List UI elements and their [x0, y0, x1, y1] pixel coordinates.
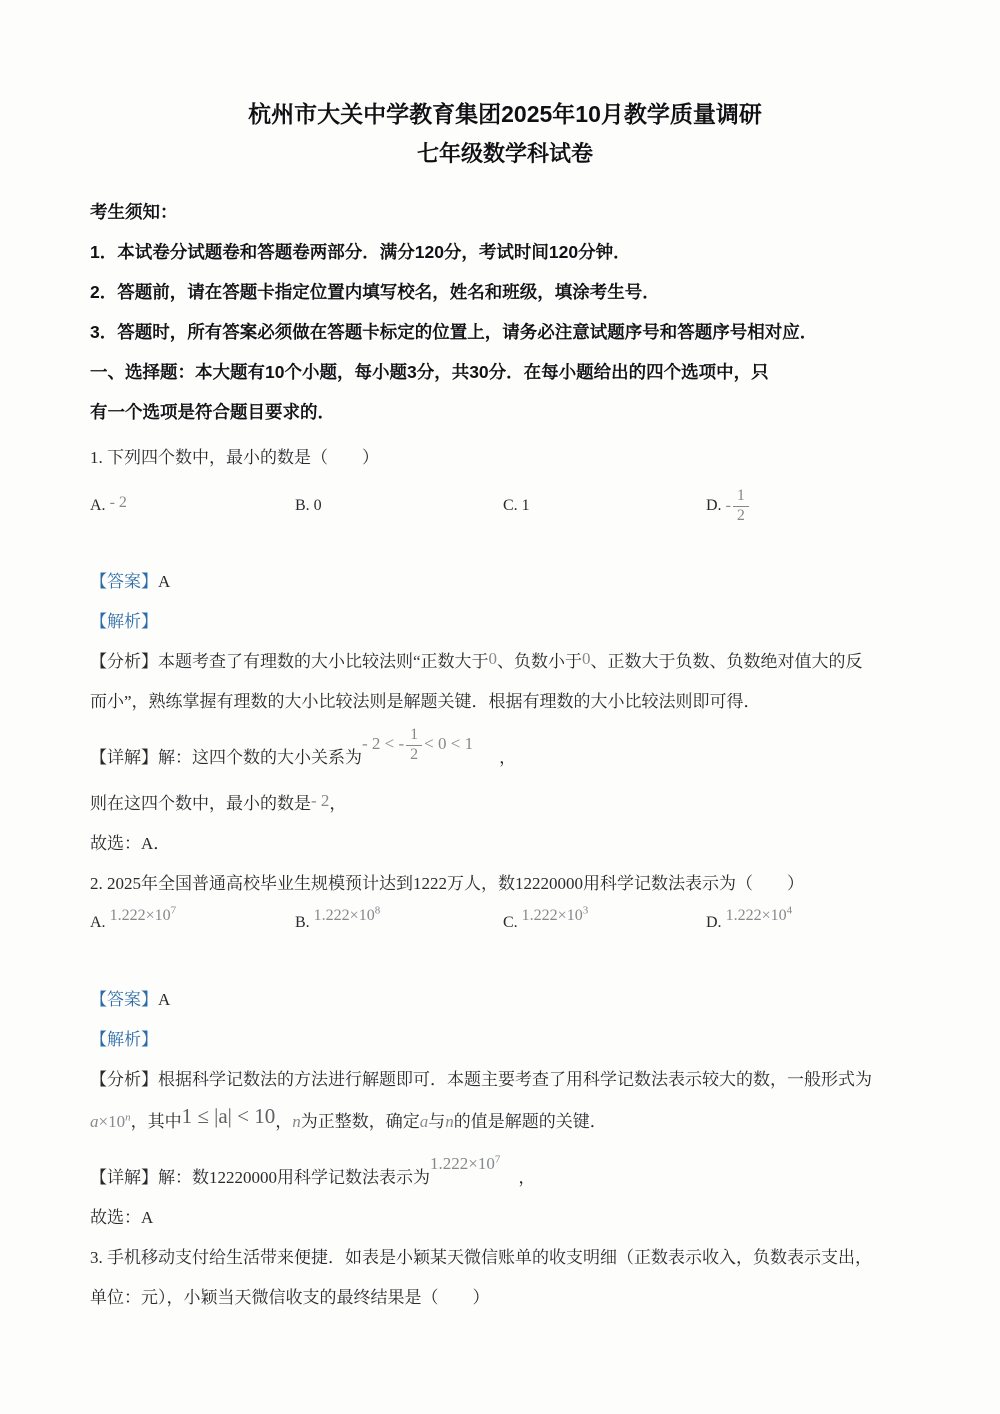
page-title: 杭州市大关中学教育集团2025年10月教学质量调研 — [90, 94, 920, 134]
q1-choose-line: 故选：A． — [90, 824, 920, 864]
q2-option-c-label: C. — [503, 914, 518, 931]
q2-fenxi-line2: a×10n，其中1 ≤ |a| < 10，n为正整数，确定a与n的值是解题的关键… — [90, 1100, 920, 1142]
q1-conclusion-line: 则在这四个数中，最小的数是- 2， — [90, 784, 920, 824]
q1-option-b-label: B. — [295, 497, 310, 514]
q2-option-a-value: 1.222×107 — [110, 907, 177, 925]
q1-stem: 1. 下列四个数中，最小的数是（ ） — [90, 438, 920, 478]
q2-sci-notation-math: 1.222×107 — [430, 1144, 500, 1184]
q2-options: A. 1.222×107 B. 1.222×108 C. 1.222×103 D… — [90, 914, 920, 964]
notice-item-3: 3．答题时，所有答案必须做在答题卡标定的位置上，请务必注意试题序号和答题序号相对… — [90, 312, 920, 352]
q1-option-c-label: C. — [503, 497, 518, 514]
q1-fenxi-math-zero2: 0 — [582, 639, 591, 679]
q2-xiangjie-line: 【详解】解：数12220000用科学记数法表示为1.222×107， — [90, 1158, 920, 1198]
q2-jiexi-tag: 【解析】 — [90, 1030, 158, 1049]
q1-option-d-fraction: -12 — [726, 497, 751, 514]
q2-xiangjie-tag: 【详解】 — [90, 1168, 158, 1187]
q2-fenxi-line1: 【分析】根据科学记数法的方法进行解题即可．本题主要考查了用科学记数法表示较大的数… — [90, 1060, 920, 1100]
q2-option-c: C. 1.222×103 — [503, 914, 706, 932]
q2-answer-line: 【答案】A — [90, 980, 920, 1020]
q2-general-form-math: a×10n — [90, 1112, 131, 1131]
section-heading-line2: 有一个选项是符合题目要求的． — [90, 392, 920, 432]
q1-option-c-value: 1 — [522, 497, 530, 514]
q2-option-d-value: 1.222×104 — [726, 907, 793, 925]
q2-var-n: n — [292, 1112, 301, 1131]
notice-item-1: 1．本试卷分试题卷和答题卷两部分．满分120分，考试时间120分钟． — [90, 232, 920, 272]
q1-option-a: A. - 2 — [90, 497, 295, 515]
q2-option-b-value: 1.222×108 — [314, 907, 381, 925]
section-heading-line1: 一、选择题：本大题有10个小题，每小题3分，共30分．在每小题给出的四个选项中，… — [90, 352, 920, 392]
q1-option-b-value: 0 — [314, 497, 322, 514]
q2-answer-value: A — [158, 990, 170, 1009]
q1-option-c: C. 1 — [503, 497, 706, 515]
q2-range-math: 1 ≤ |a| < 10 — [182, 1104, 276, 1128]
exam-paper-page: 杭州市大关中学教育集团2025年10月教学质量调研 七年级数学科试卷 考生须知：… — [0, 0, 1000, 1414]
q1-option-d-label: D. — [706, 497, 722, 514]
notice-heading: 考生须知： — [90, 192, 920, 232]
q1-answer-tag: 【答案】 — [90, 572, 158, 591]
q2-option-b-label: B. — [295, 914, 310, 931]
q1-inequality: - 2 < -12< 0 < 1 — [362, 724, 473, 764]
q3-stem-line1: 3. 手机移动支付给生活带来便捷．如表是小颖某天微信账单的收支明细（正数表示收入… — [90, 1238, 920, 1278]
q2-jiexi-line: 【解析】 — [90, 1020, 920, 1060]
q1-fenxi-line1: 【分析】本题考查了有理数的大小比较法则“正数大于0、负数小于0、正数大于负数、负… — [90, 642, 920, 682]
q1-option-d: D. -12 — [706, 488, 920, 525]
q2-fenxi-tag: 【分析】 — [90, 1070, 158, 1089]
q2-choose-line: 故选：A — [90, 1198, 920, 1238]
q2-option-a: A. 1.222×107 — [90, 914, 295, 932]
q2-var-n2: n — [445, 1112, 454, 1131]
q1-jiexi-tag: 【解析】 — [90, 612, 158, 631]
q2-option-a-label: A. — [90, 914, 106, 931]
q2-option-d: D. 1.222×104 — [706, 914, 920, 932]
q1-fenxi-math-zero1: 0 — [489, 639, 498, 679]
q1-xiangjie-line: 【详解】解：这四个数的大小关系为- 2 < -12< 0 < 1， — [90, 738, 920, 778]
notice-item-2: 2．答题前，请在答题卡指定位置内填写校名，姓名和班级，填涂考生号． — [90, 272, 920, 312]
q3-stem-line2: 单位：元），小颖当天微信收支的最终结果是（ ） — [90, 1278, 920, 1318]
q1-answer-value: A — [158, 572, 170, 591]
q1-fenxi-tag: 【分析】 — [90, 652, 158, 671]
q2-answer-tag: 【答案】 — [90, 990, 158, 1009]
q1-option-a-label: A. — [90, 497, 106, 514]
q1-xiangjie-tag: 【详解】 — [90, 748, 158, 767]
q1-jiexi-line: 【解析】 — [90, 602, 920, 642]
q2-var-a: a — [420, 1112, 429, 1131]
q1-conclusion-math: - 2 — [311, 781, 329, 821]
page-subtitle: 七年级数学科试卷 — [90, 134, 920, 174]
q2-option-d-label: D. — [706, 914, 722, 931]
q1-fenxi-line2: 而小”，熟练掌握有理数的大小比较法则是解题关键．根据有理数的大小比较法则即可得． — [90, 682, 920, 722]
q2-option-c-value: 1.222×103 — [522, 907, 589, 925]
q2-stem: 2. 2025年全国普通高校毕业生规模预计达到1222万人，数12220000用… — [90, 864, 920, 904]
q2-option-b: B. 1.222×108 — [295, 914, 503, 932]
q1-option-a-value: - 2 — [110, 494, 127, 512]
q1-option-b: B. 0 — [295, 497, 503, 515]
q1-answer-line: 【答案】A — [90, 562, 920, 602]
q1-options: A. - 2 B. 0 C. 1 D. -12 — [90, 488, 920, 546]
